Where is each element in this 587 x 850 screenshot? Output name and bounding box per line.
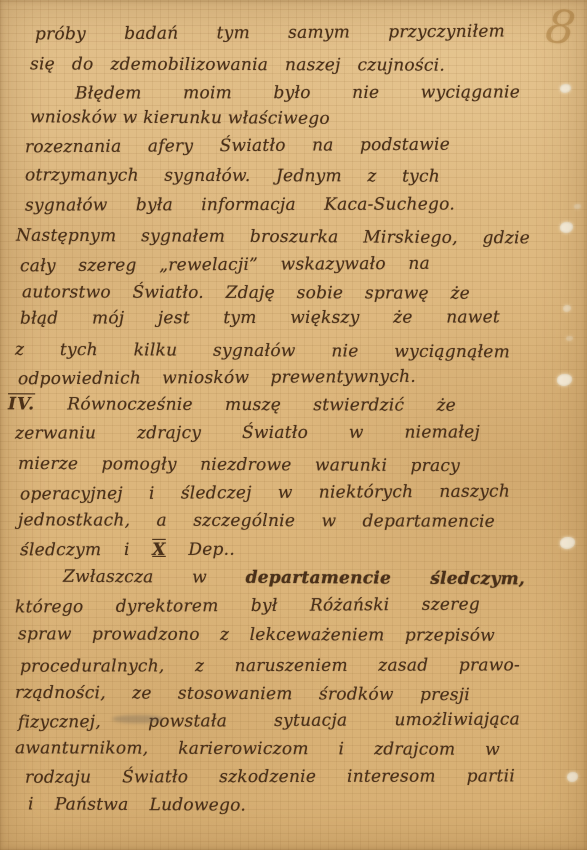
- handwriting-line: autorstwo Światło. Zdaję sobie sprawę że: [22, 279, 470, 306]
- handwriting-text: jednostkach, a szczególnie w departamenc…: [18, 510, 495, 531]
- handwriting-text: Następnym sygnałem broszurka Mirskiego, …: [16, 226, 530, 249]
- handwriting-line: proceduralnych, z naruszeniem zasad praw…: [20, 652, 520, 679]
- handwriting-line: którego dyrektorem był Różański szereg: [15, 592, 480, 621]
- handwriting-line: Zwłaszcza w departamencie śledczym,: [63, 564, 525, 592]
- handwriting-text: proceduralnych, z naruszeniem zasad praw…: [20, 655, 520, 676]
- handwriting-line: operacyjnej i śledczej w niektórych nasz…: [20, 479, 510, 508]
- handwriting-line: Błędem moim było nie wyciąganie: [75, 79, 520, 106]
- handwriting-text: operacyjnej i śledczej w niektórych nasz…: [20, 482, 510, 505]
- handwriting-line: i Państwa Ludowego.: [28, 791, 246, 818]
- handwriting-line: śledczym i X Dep..: [20, 537, 235, 564]
- handwriting-line: fizycznej, powstała sytuacja umożliwiają…: [18, 706, 520, 735]
- handwriting-line: z tych kilku sygnałów nie wyciągnąłem: [15, 337, 510, 366]
- handwriting-line: IV. Równocześnie muszę stwierdzić że: [8, 391, 456, 418]
- handwriting-line: wniosków w kierunku właściwego: [30, 104, 322, 132]
- handwriting-text: zerwaniu zdrajcy Światło w niemałej: [15, 422, 480, 443]
- handwriting-line: rządności, ze stosowaniem środków presji: [15, 680, 470, 708]
- handwriting-text: Dep..: [166, 540, 235, 560]
- handwriting-xmark: X: [152, 540, 166, 560]
- handwriting-text: i Państwa Ludowego.: [28, 794, 246, 815]
- handwriting-roman: IV.: [8, 394, 35, 414]
- handwriting-text: próby badań tym samym przyczyniłem: [35, 22, 505, 45]
- handwriting-line: otrzymanych sygnałów. Jednym z tych: [25, 162, 440, 189]
- handwriting-text: Zwłaszcza w: [63, 567, 246, 588]
- handwriting-line: cały szereg „rewelacji” wskazywało na: [20, 251, 430, 280]
- handwriting-text: spraw prowadzono z lekceważeniem przepis…: [18, 624, 495, 645]
- handwriting-text: awanturnikom, karierowiczom i zdrajcom w: [15, 738, 500, 760]
- handwriting-line: Następnym sygnałem broszurka Mirskiego, …: [16, 223, 530, 252]
- manuscript-page: 8 próby badań tym samym przyczyniłemsię …: [0, 0, 587, 850]
- handwriting-line: zerwaniu zdrajcy Światło w niemałej: [15, 419, 480, 446]
- handwriting-text: mierze pomogły niezdrowe warunki pracy: [18, 454, 460, 476]
- handwriting-text: rodzaju Światło szkodzenie interesom par…: [25, 766, 515, 787]
- handwriting-line: się do zdemobilizowania naszej czujności…: [30, 51, 445, 78]
- handwriting-text: z tych kilku sygnałów nie wyciągnąłem: [15, 340, 510, 363]
- handwriting-text: błąd mój jest tym większy że nawet: [20, 307, 500, 328]
- handwriting-line: rodzaju Światło szkodzenie interesom par…: [25, 763, 515, 790]
- handwriting-line: sygnałów była informacja Kaca-Suchego.: [25, 191, 455, 218]
- handwriting-text: autorstwo Światło. Zdaję sobie sprawę że: [22, 282, 470, 303]
- handwriting-text: Równocześnie muszę stwierdzić że: [35, 394, 456, 415]
- handwriting-text: rządności, ze stosowaniem środków presji: [15, 683, 470, 705]
- handwriting-heavy: departamencie śledczym,: [246, 568, 525, 589]
- handwriting-line: awanturnikom, karierowiczom i zdrajcom w: [15, 735, 500, 763]
- handwriting-text: cały szereg „rewelacji” wskazywało na: [20, 254, 430, 277]
- handwriting-text: Błędem moim było nie wyciąganie: [75, 82, 520, 103]
- handwriting-line: odpowiednich wniosków prewentywnych.: [18, 364, 416, 392]
- handwriting-line: błąd mój jest tym większy że nawet: [20, 304, 500, 331]
- handwriting-line: jednostkach, a szczególnie w departamenc…: [18, 507, 495, 534]
- handwriting-text: sygnałów była informacja Kaca-Suchego.: [25, 194, 455, 215]
- handwriting-line: próby badań tym samym przyczyniłem: [35, 19, 505, 48]
- handwriting-text: odpowiednich wniosków prewentywnych.: [18, 367, 416, 389]
- handwriting-text: którego dyrektorem był Różański szereg: [15, 595, 480, 618]
- handwriting-text: śledczym i: [20, 540, 152, 560]
- handwriting-text: otrzymanych sygnałów. Jednym z tych: [25, 165, 440, 186]
- handwriting-text: wniosków w kierunku właściwego: [30, 107, 330, 129]
- handwriting-text: się do zdemobilizowania naszej czujności…: [30, 54, 445, 75]
- handwriting-line: mierze pomogły niezdrowe warunki pracy: [18, 451, 460, 479]
- handwriting-text: rozeznania afery Światło na podstawie: [25, 135, 450, 158]
- handwriting-lines: próby badań tym samym przyczyniłemsię do…: [0, 0, 587, 850]
- handwriting-line: rozeznania afery Światło na podstawie: [25, 132, 450, 161]
- handwriting-text: fizycznej, powstała sytuacja umożliwiają…: [18, 709, 520, 732]
- handwriting-line: spraw prowadzono z lekceważeniem przepis…: [18, 621, 495, 648]
